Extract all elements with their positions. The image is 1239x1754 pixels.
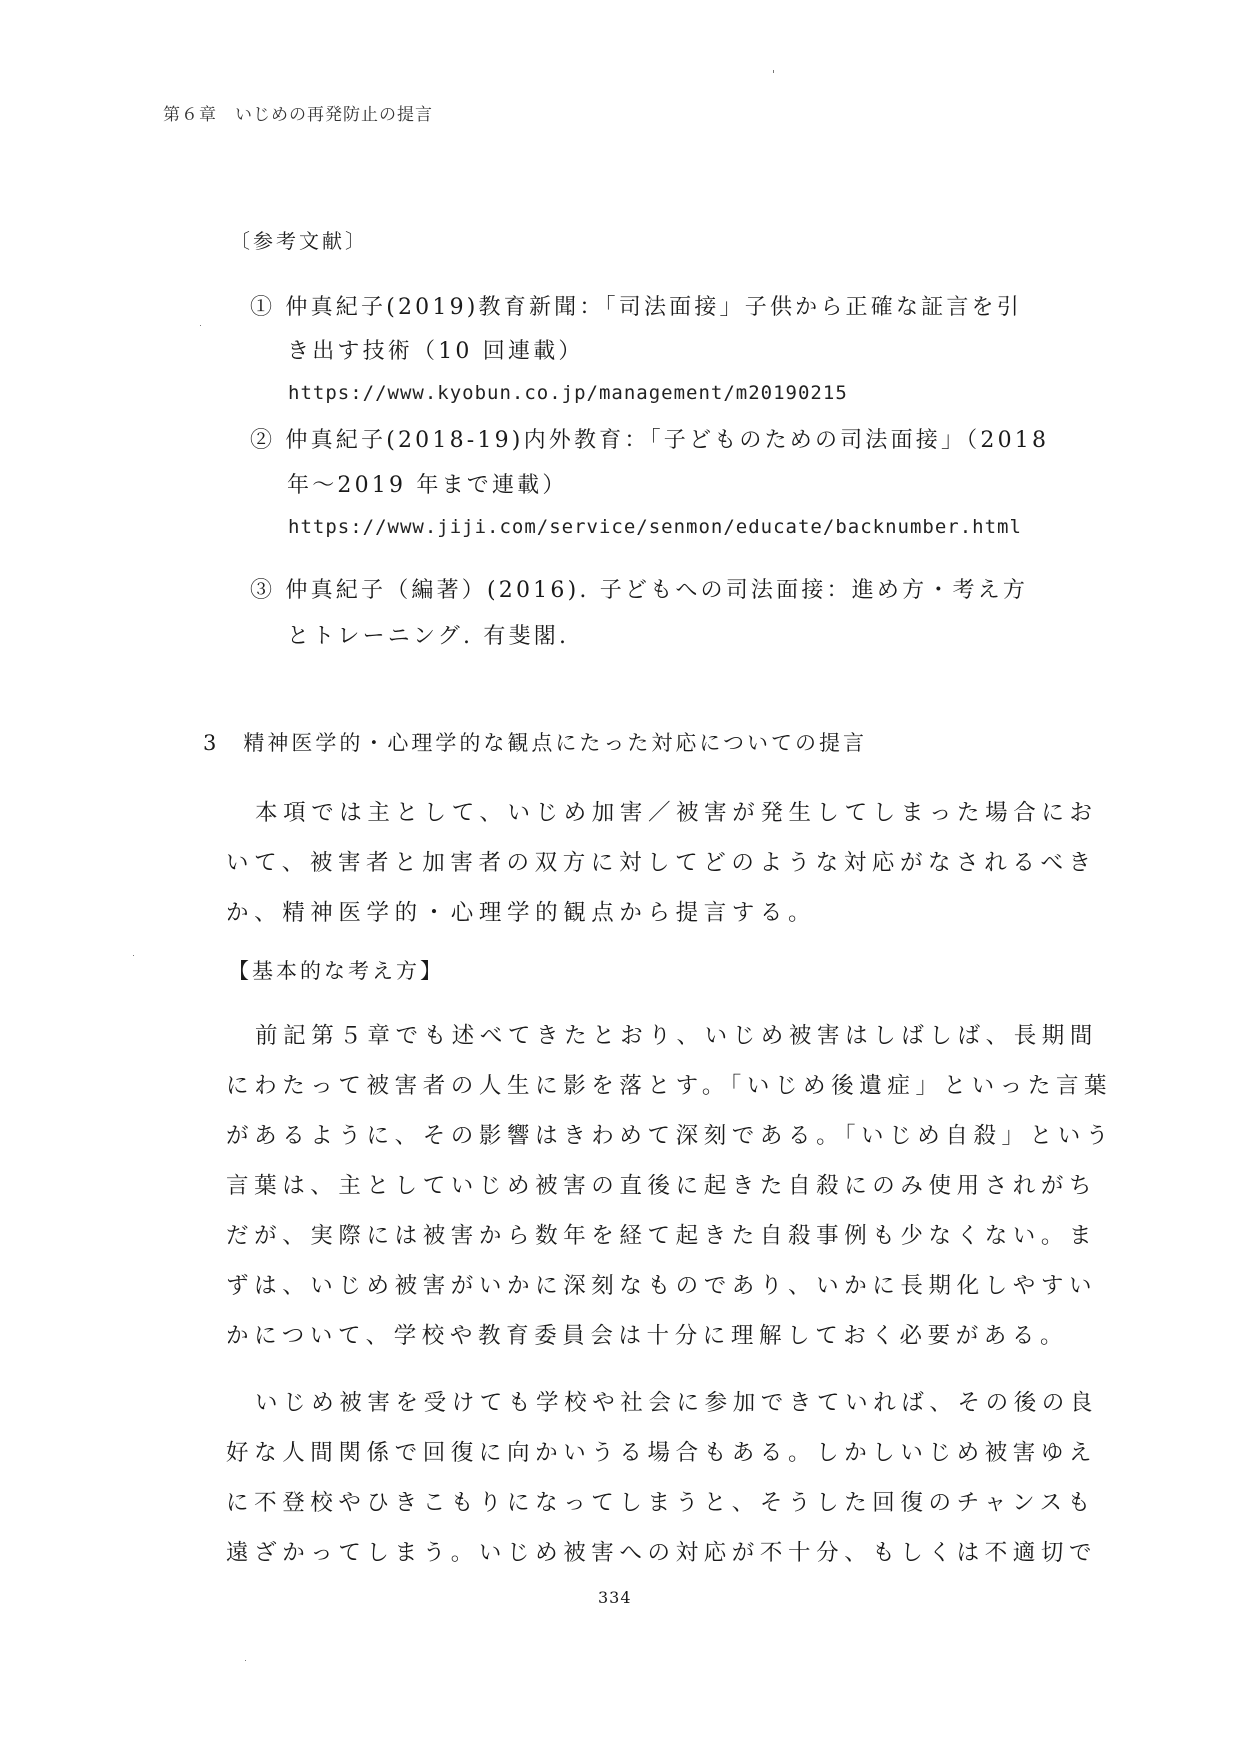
page-number: 334: [598, 1588, 632, 1607]
reference-3-line-1: ③ 仲真紀子（編著）(2016). 子どもへの司法面接：進め方・考え方: [250, 573, 1028, 604]
paragraph-2-line-2: 好な人間関係で回復に向かいうる場合もある。しかしいじめ被害ゆえ: [226, 1435, 1097, 1467]
paragraph-2-line-4: 遠ざかってしまう。いじめ被害への対応が不十分、もしくは不適切で: [226, 1535, 1097, 1567]
reference-2-line-1: ② 仲真紀子(2018-19)内外教育：「子どものための司法面接」（2018: [250, 423, 1049, 454]
running-header: 第６章 いじめの再発防止の提言: [163, 100, 433, 125]
reference-3-line-2: とトレーニング. 有斐閣.: [287, 619, 569, 650]
references-title: 〔参考文献〕: [230, 225, 368, 254]
intro-line-1: 本項では主として、いじめ加害／被害が発生してしまった場合にお: [255, 795, 1098, 827]
paragraph-2-line-1: いじめ被害を受けても学校や社会に参加できていれば、その後の良: [255, 1385, 1098, 1417]
reference-2-url[interactable]: https://www.jiji.com/service/senmon/educ…: [288, 516, 1022, 538]
reference-1-url[interactable]: https://www.kyobun.co.jp/management/m201…: [288, 382, 848, 404]
reference-1-line-1: ① 仲真紀子(2019)教育新聞：「司法面接」子供から正確な証言を引: [250, 290, 1022, 321]
paragraph-1-line-4: 言葉は、主としていじめ被害の直後に起きた自殺にのみ使用されがち: [226, 1168, 1097, 1200]
subheading-basic-approach: 【基本的な考え方】: [228, 955, 444, 985]
paragraph-1-line-5: だが、実際には被害から数年を経て起きた自殺事例も少なくない。ま: [226, 1218, 1097, 1250]
scan-speck: [773, 70, 774, 73]
scan-speck: [200, 325, 201, 326]
paragraph-2-line-3: に不登校やひきこもりになってしまうと、そうした回復のチャンスも: [226, 1485, 1096, 1517]
intro-line-2: いて、被害者と加害者の双方に対してどのような対応がなされるべき: [226, 845, 1097, 877]
intro-line-3: か、精神医学的・心理学的観点から提言する。: [226, 895, 816, 927]
scan-speck: [133, 955, 134, 956]
section-title: 3 精神医学的・心理学的な観点にたった対応についての提言: [203, 727, 867, 757]
paragraph-1-line-1: 前記第５章でも述べてきたとおり、いじめ被害はしばしば、長期間: [255, 1018, 1098, 1050]
paragraph-1-line-7: かについて、学校や教育委員会は十分に理解しておく必要がある。: [226, 1318, 1068, 1350]
reference-1-line-2: き出す技術（10 回連載）: [287, 334, 584, 365]
reference-2-line-2: 年～2019 年まで連載）: [287, 468, 568, 499]
paragraph-1-line-3: があるように、その影響はきわめて深刻である。「いじめ自殺」という: [226, 1118, 1114, 1150]
paragraph-1-line-2: にわたって被害者の人生に影を落とす。「いじめ後遺症」といった言葉: [226, 1068, 1112, 1100]
scan-speck: [245, 1660, 246, 1661]
paragraph-1-line-6: ずは、いじめ被害がいかに深刻なものであり、いかに長期化しやすい: [226, 1268, 1097, 1300]
